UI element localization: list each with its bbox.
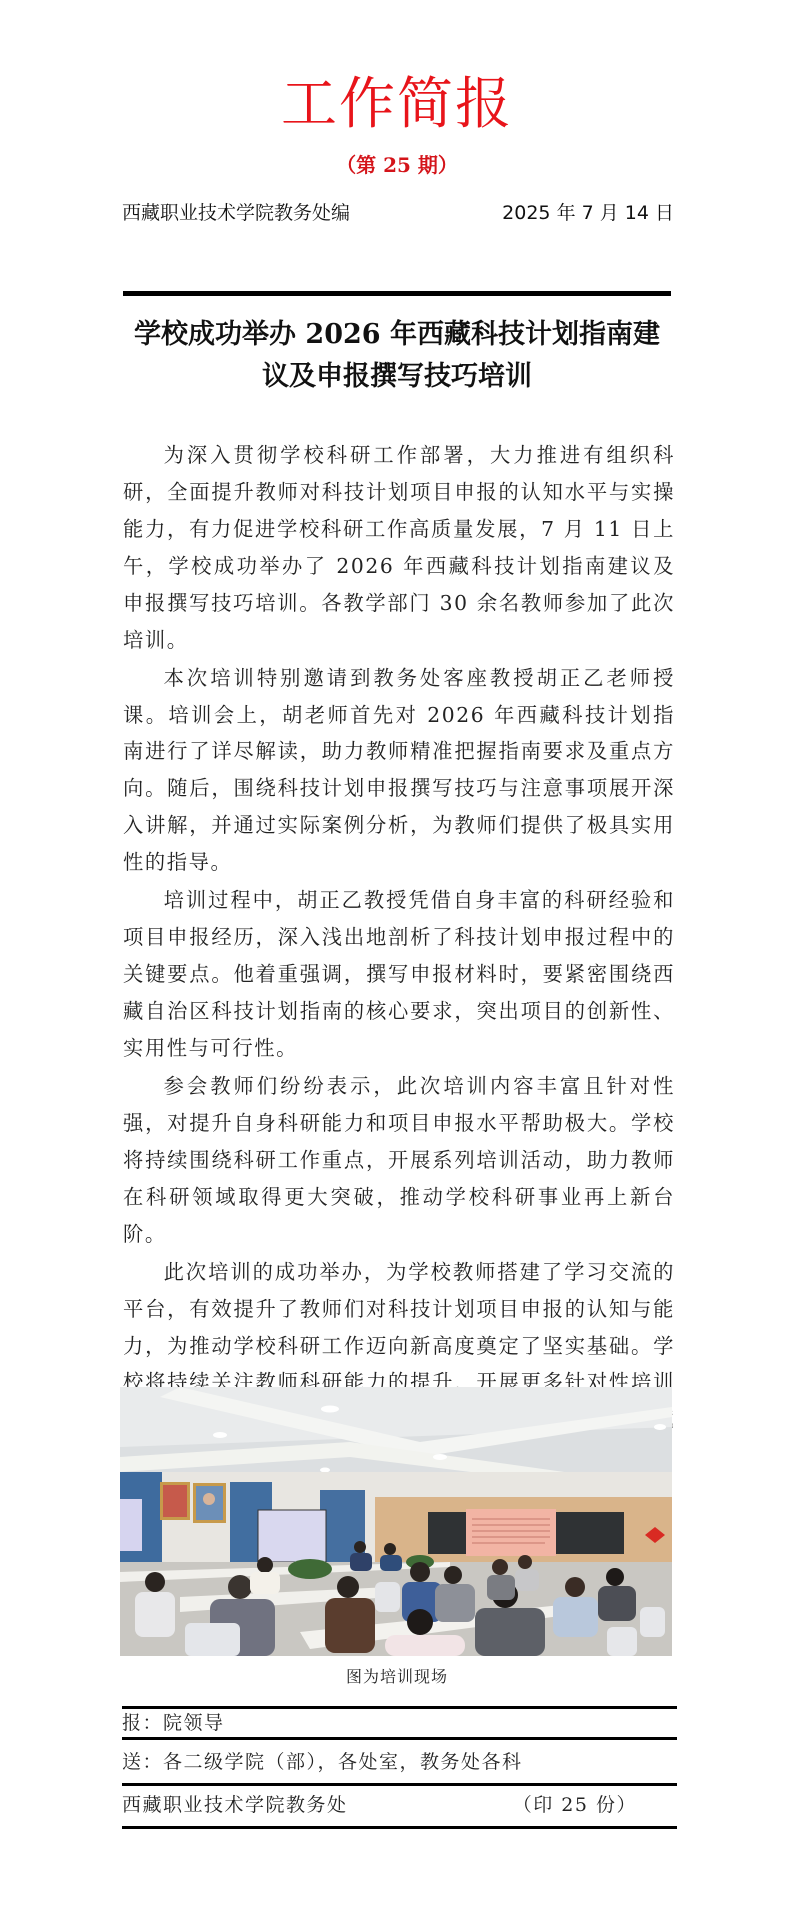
footer-rule [122, 1826, 677, 1829]
publish-date: 2025 年 7 月 14 日 [502, 198, 674, 225]
footer-issuer-row: 西藏职业技术学院教务处 （印 25 份） [122, 1789, 677, 1821]
masthead-meta: 西藏职业技术学院教务处编 2025 年 7 月 14 日 [122, 196, 674, 226]
paragraph: 培训过程中，胡正乙教授凭借自身丰富的科研经验和项目申报经历，深入浅出地剖析了科技… [123, 882, 675, 1067]
classroom-photo-illustration [120, 1387, 672, 1656]
photo-caption: 图为培训现场 [0, 1664, 794, 1690]
send-to-text: 送：各二级学院（部），各处室，教务处各科 [122, 1746, 523, 1778]
header-divider [123, 291, 671, 296]
publisher: 西藏职业技术学院教务处编 [122, 198, 350, 225]
footer-report-to: 报：院领导 [122, 1707, 677, 1739]
footer-rule [122, 1783, 677, 1786]
article-headline: 学校成功举办 2026 年西藏科技计划指南建 议及申报撰写技巧培训 [110, 314, 684, 398]
issuer-text: 西藏职业技术学院教务处 [122, 1789, 348, 1821]
footer-send-to: 送：各二级学院（部），各处室，教务处各科 [122, 1746, 677, 1778]
report-to-text: 报：院领导 [122, 1707, 225, 1739]
paragraph: 为深入贯彻学校科研工作部署，大力推进有组织科研，全面提升教师对科技计划项目申报的… [123, 437, 675, 658]
headline-line-1: 学校成功举办 2026 年西藏科技计划指南建 [110, 314, 684, 356]
footer-rule [122, 1737, 677, 1740]
headline-line-2: 议及申报撰写技巧培训 [110, 356, 684, 398]
newsletter-title: 工作简报 [0, 70, 794, 140]
paragraph: 参会教师们纷纷表示，此次培训内容丰富且针对性强，对提升自身科研能力和项目申报水平… [123, 1068, 675, 1253]
article-body: 为深入贯彻学校科研工作部署，大力推进有组织科研，全面提升教师对科技计划项目申报的… [123, 437, 675, 1476]
paragraph: 本次培训特别邀请到教务处客座教授胡正乙老师授课。培训会上，胡老师首先对 2026… [123, 660, 675, 881]
training-photo [120, 1387, 672, 1656]
issue-number: （第 25 期） [0, 150, 794, 180]
copies-count: （印 25 份） [513, 1789, 677, 1821]
